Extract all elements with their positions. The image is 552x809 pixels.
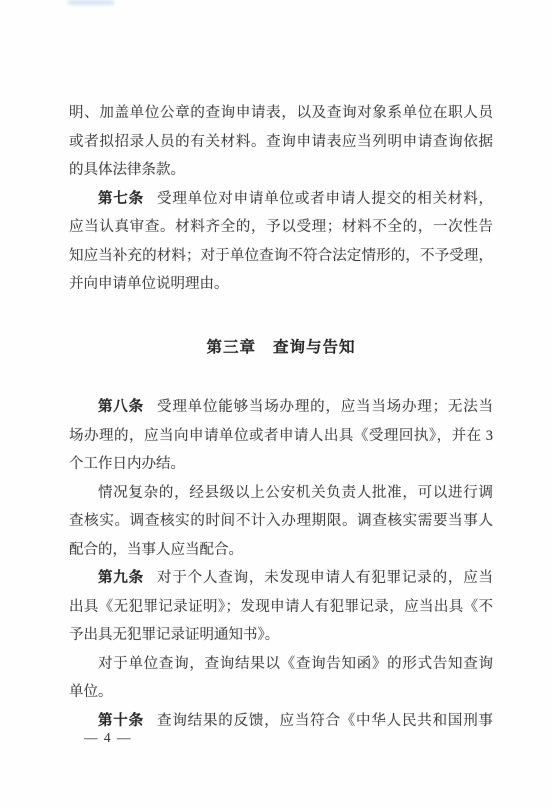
article-7-text: 受理单位对申请单位或者申请人提交的相关材料， xyxy=(156,191,493,207)
text-line: 配合的，当事人应当配合。 xyxy=(69,536,493,565)
article-10-text: 查询结果的反馈，应当符合《中华人民共和国刑事 xyxy=(156,713,493,729)
text-line: 场办理的，应当向申请单位或者申请人出具《受理回执》，并在 3 xyxy=(69,422,493,451)
scan-artifact xyxy=(68,0,114,5)
text-line: 第十条查询结果的反馈，应当符合《中华人民共和国刑事 xyxy=(69,707,493,736)
article-9-text: 对于个人查询，未发现申请人有犯罪记录的，应当 xyxy=(156,570,493,586)
text-line: 明、加盖单位公章的查询申请表，以及查询对象系单位在职人员 xyxy=(69,99,493,128)
chapter-title: 查询与告知 xyxy=(273,339,356,356)
text-line: 单位。 xyxy=(69,678,493,707)
text-line: 对于单位查询，查询结果以《查询告知函》的形式告知查询 xyxy=(69,650,493,679)
unit-result-paragraph: 对于单位查询，查询结果以《查询告知函》的形式告知查询 单位。 xyxy=(69,650,493,707)
article-8-text: 受理单位能够当场办理的，应当当场办理；无法当 xyxy=(156,399,493,415)
article-9-number: 第九条 xyxy=(98,570,144,586)
chapter-number: 第三章 xyxy=(206,339,256,356)
text-line: 的具体法律条款。 xyxy=(69,156,493,185)
paragraph-text: 对于单位查询，查询结果以《查询告知函》的形式告知查询 xyxy=(98,656,493,672)
article-8-paragraph: 第八条受理单位能够当场办理的，应当当场办理；无法当 场办理的，应当向申请单位或者… xyxy=(69,393,493,479)
text-line: 查核实。调查核实的时间不计入办理期限。调查核实需要当事人 xyxy=(69,507,493,536)
text-line: 个工作日内办结。 xyxy=(69,450,493,479)
article-8-number: 第八条 xyxy=(98,399,144,415)
page-number: — 4 — xyxy=(84,730,132,746)
document-body: 明、加盖单位公章的查询申请表，以及查询对象系单位在职人员 或者拟招录人员的有关材… xyxy=(69,99,493,735)
text-line: 第九条对于个人查询，未发现申请人有犯罪记录的，应当 xyxy=(69,564,493,593)
paragraph-continuation: 明、加盖单位公章的查询申请表，以及查询对象系单位在职人员 或者拟招录人员的有关材… xyxy=(69,99,493,185)
article-10-number: 第十条 xyxy=(98,713,144,729)
text-line: 并向申请单位说明理由。 xyxy=(69,270,493,299)
scanned-document-page: 明、加盖单位公章的查询申请表，以及查询对象系单位在职人员 或者拟招录人员的有关材… xyxy=(0,0,552,809)
article-10-paragraph: 第十条查询结果的反馈，应当符合《中华人民共和国刑事 xyxy=(69,707,493,736)
article-7-number: 第七条 xyxy=(98,191,144,207)
text-line: 情况复杂的，经县级以上公安机关负责人批准，可以进行调 xyxy=(69,479,493,508)
article-9-paragraph: 第九条对于个人查询，未发现申请人有犯罪记录的，应当 出具《无犯罪记录证明》；发现… xyxy=(69,564,493,650)
text-line: 予出具无犯罪记录证明通知书》。 xyxy=(69,621,493,650)
paragraph-text: 情况复杂的，经县级以上公安机关负责人批准，可以进行调 xyxy=(98,485,493,501)
chapter-heading: 第三章查询与告知 xyxy=(69,334,493,363)
text-line: 知应当补充的材料；对于单位查询不符合法定情形的，不予受理， xyxy=(69,242,493,271)
text-line: 应当认真审查。材料齐全的，予以受理；材料不全的，一次性告 xyxy=(69,213,493,242)
article-7-paragraph: 第七条受理单位对申请单位或者申请人提交的相关材料， 应当认真审查。材料齐全的，予… xyxy=(69,185,493,299)
text-line: 出具《无犯罪记录证明》；发现申请人有犯罪记录，应当出具《不 xyxy=(69,593,493,622)
text-line: 第八条受理单位能够当场办理的，应当当场办理；无法当 xyxy=(69,393,493,422)
investigation-paragraph: 情况复杂的，经县级以上公安机关负责人批准，可以进行调 查核实。调查核实的时间不计… xyxy=(69,479,493,565)
text-line: 第七条受理单位对申请单位或者申请人提交的相关材料， xyxy=(69,185,493,214)
text-line: 或者拟招录人员的有关材料。查询申请表应当列明申请查询依据 xyxy=(69,128,493,157)
